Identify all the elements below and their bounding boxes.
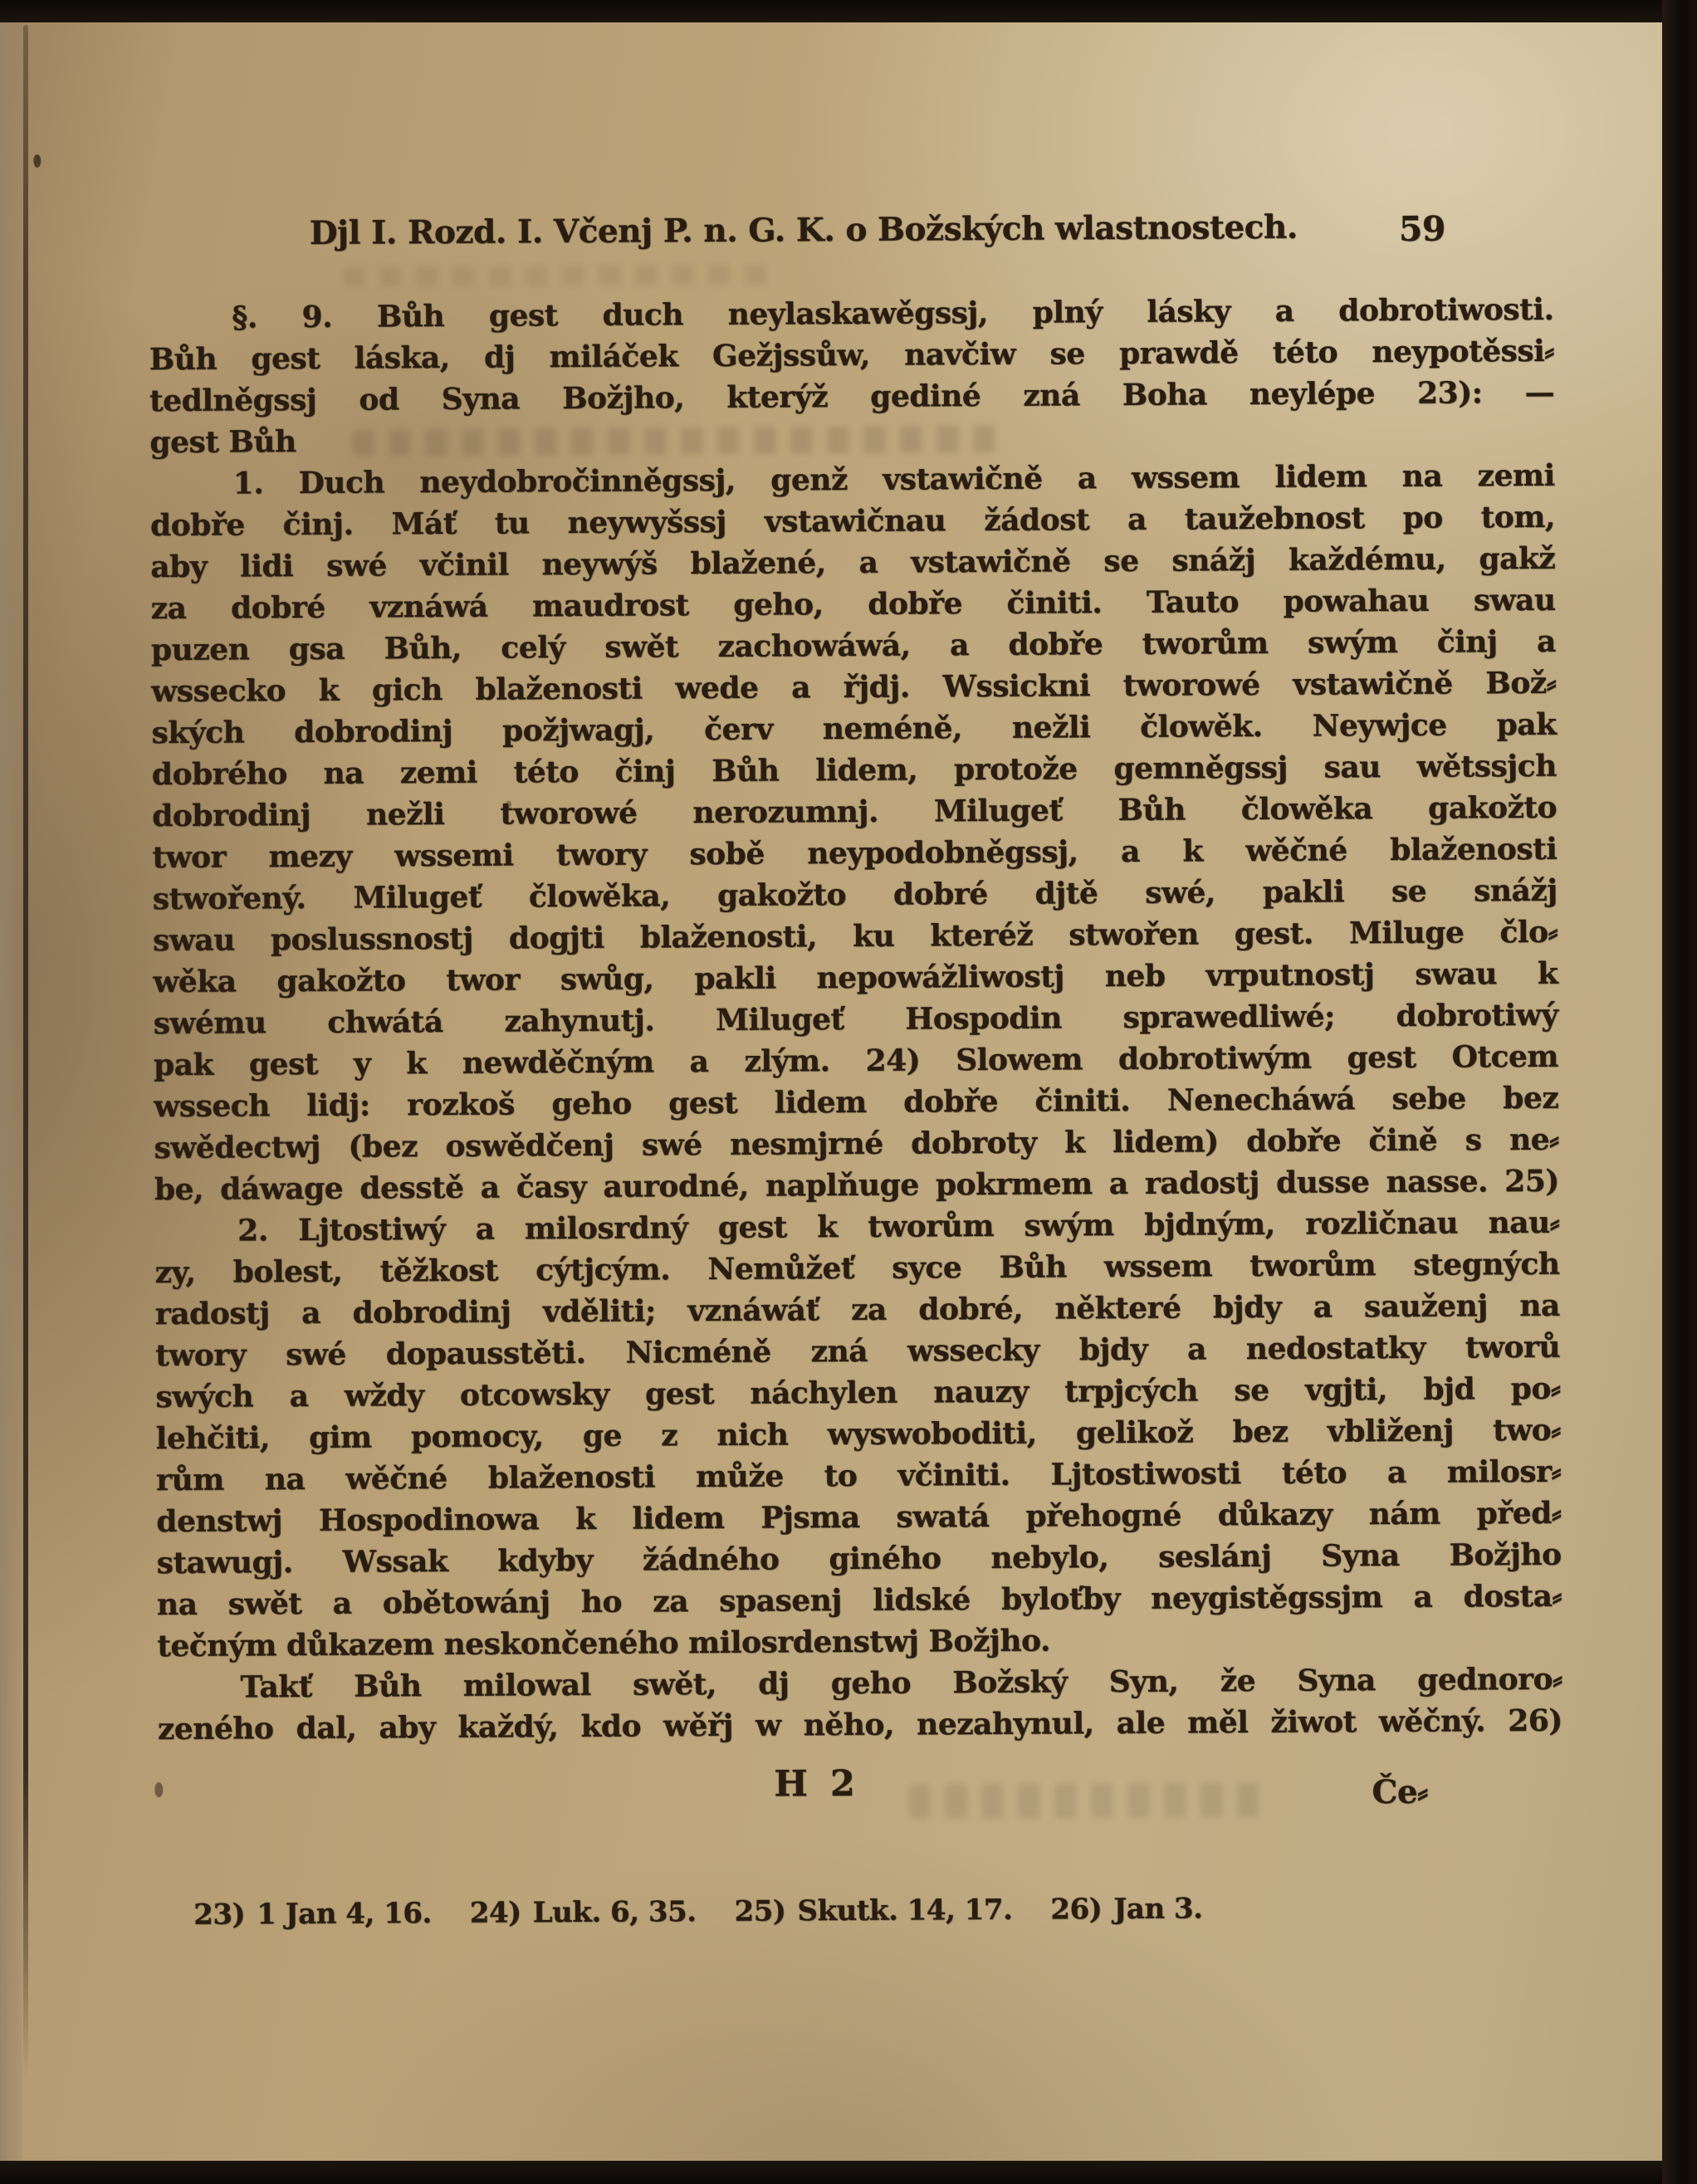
- footnote-text: 1 Jan 4, 16.: [257, 1897, 432, 1931]
- footnote: 26)Jan 3.: [1050, 1892, 1202, 1926]
- scan-border-top: [0, 0, 1697, 22]
- scan-border-right: [1662, 0, 1697, 2184]
- footnote-ref: 23): [193, 1898, 245, 1931]
- text-line: tedlněgssj od Syna Božjho, kterýž gediné…: [149, 372, 1554, 422]
- body-text-block: §. 9. Bůh gest duch neylaskawěgssj, plný…: [149, 289, 1563, 1750]
- footnote-text: Jan 3.: [1113, 1892, 1202, 1926]
- footnotes-row: 23)1 Jan 4, 16.24)Luk. 6, 35.25)Skutk. 1…: [193, 1891, 1455, 1932]
- footnote: 25)Skutk. 14, 17.: [734, 1893, 1012, 1928]
- footnote-ref: 24): [470, 1896, 521, 1929]
- footnote-ref: 26): [1050, 1893, 1102, 1926]
- footnote: 24)Luk. 6, 35.: [470, 1895, 697, 1930]
- scan-border-bottom: [0, 2161, 1697, 2184]
- running-header-title: Djl I. Rozd. I. Včenj P. n. G. K. o Božs…: [276, 208, 1331, 252]
- gathering-signature-mark: H 2: [774, 1763, 860, 1805]
- footnote: 23)1 Jan 4, 16.: [193, 1897, 432, 1932]
- paper-stain: [506, 800, 511, 808]
- footnote-text: Skutk. 14, 17.: [797, 1893, 1012, 1928]
- ink-bleedthrough-smudge: [343, 265, 775, 287]
- paper-stain: [154, 1782, 163, 1797]
- page-content: Djl I. Rozd. I. Včenj P. n. G. K. o Božs…: [0, 0, 1697, 2184]
- ink-bleedthrough-smudge: [352, 426, 1008, 457]
- footnote-text: Luk. 6, 35.: [533, 1895, 697, 1929]
- book-page-paper: Djl I. Rozd. I. Včenj P. n. G. K. o Božs…: [0, 0, 1697, 2184]
- paragraph: 1. Duch neydobročinněgssj, genž vstawičn…: [150, 455, 1559, 1210]
- paper-stain: [33, 154, 41, 168]
- ink-bleedthrough-smudge: [908, 1782, 1265, 1820]
- page-number: 59: [1399, 209, 1445, 249]
- catchword: Če⸗: [1372, 1773, 1428, 1811]
- text-line: na swět a obětowánj ho za spasenj lidské…: [157, 1576, 1562, 1625]
- text-line: zeného dal, aby každý, kdo wěřj w něho, …: [158, 1700, 1563, 1750]
- paragraph: Takť Bůh milowal swět, dj geho Božský Sy…: [157, 1659, 1563, 1750]
- paragraph: 2. Ljtostiwý a milosrdný gest k tworům s…: [154, 1202, 1562, 1667]
- footnote-ref: 25): [734, 1894, 785, 1927]
